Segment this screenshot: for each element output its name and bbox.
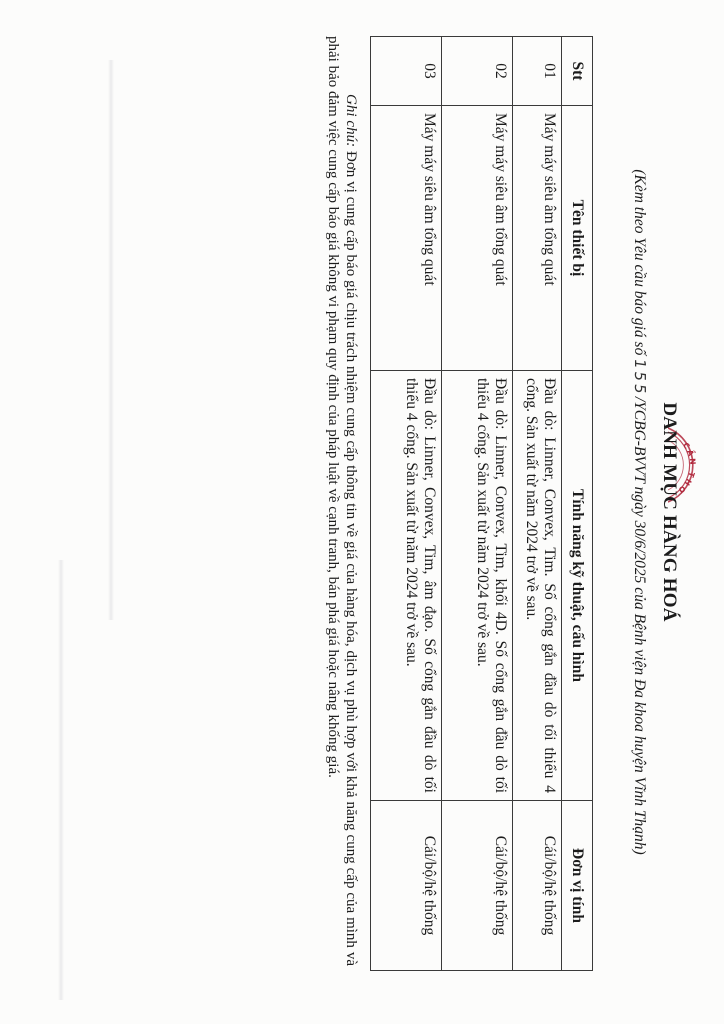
scanned-document-page: CẦN THƠ DANH MỤC HÀNG HOÁ (Kèm theo Yêu … [0, 0, 724, 1024]
subtitle-prefix: (Kèm theo Yêu cầu báo giá số [631, 169, 648, 355]
footnote-label: Ghi chú: [343, 94, 359, 147]
goods-list-table: Stt Tên thiết bị Tính năng kỹ thuật, cấu… [370, 36, 593, 971]
footnote: Ghi chú: Đơn vị cung cấp báo giá chịu tr… [324, 36, 360, 966]
page-title: DANH MỤC HÀNG HOÁ [658, 0, 680, 1024]
row-specifications: Đầu dò: Linner, Convex, Tim. Số cổng gắn… [513, 371, 562, 801]
header-device-name: Tên thiết bị [562, 106, 593, 371]
table-row: 02 Máy máy siêu âm tổng quát Đầu dò: Lin… [442, 37, 513, 971]
table-row: 01 Máy máy siêu âm tổng quát Đầu dò: Lin… [513, 37, 562, 971]
row-specifications: Đầu dò: Linner, Convex, Tim, âm đạo. Số … [371, 371, 442, 801]
row-unit: Cái/bộ/hệ thống [442, 801, 513, 971]
row-device-name: Máy máy siêu âm tổng quát [513, 106, 562, 371]
table-header-row: Stt Tên thiết bị Tính năng kỹ thuật, cấu… [562, 37, 593, 971]
scan-smudge [58, 560, 64, 1000]
row-stt: 02 [442, 37, 513, 106]
row-stt: 03 [371, 37, 442, 106]
row-unit: Cái/bộ/hệ thống [371, 801, 442, 971]
row-unit: Cái/bộ/hệ thống [513, 801, 562, 971]
row-specifications: Đầu dò: Linner, Convex, Tim, khối 4D. Số… [442, 371, 513, 801]
row-device-name: Máy máy siêu âm tổng quát [371, 106, 442, 371]
header-unit: Đơn vị tính [562, 801, 593, 971]
scan-smudge [108, 60, 114, 620]
footnote-text: Đơn vị cung cấp báo giá chịu trách nhiệm… [325, 36, 359, 966]
handwritten-request-number: 155 [631, 358, 649, 398]
subtitle-suffix: /YCBG-BVVT ngày 30/6/2025 của Bệnh viện … [631, 397, 648, 855]
header-stt: Stt [562, 37, 593, 106]
page-subtitle: (Kèm theo Yêu cầu báo giá số 155/YCBG-BV… [630, 0, 649, 1024]
table-row: 03 Máy máy siêu âm tổng quát Đầu dò: Lin… [371, 37, 442, 971]
row-device-name: Máy máy siêu âm tổng quát [442, 106, 513, 371]
row-stt: 01 [513, 37, 562, 106]
header-specifications: Tính năng kỹ thuật, cấu hình [562, 371, 593, 801]
